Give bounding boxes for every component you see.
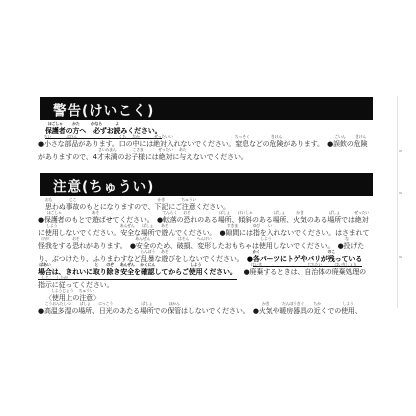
- ruby-segment: 絶対ぜったい: [159, 151, 173, 164]
- ruby-segment: 絶対ぜったい: [355, 214, 369, 227]
- furigana: じこ: [69, 198, 76, 202]
- ruby-segment: 日光にっこう: [99, 305, 113, 318]
- ruby-segment: 窒息ちっそく: [235, 138, 249, 151]
- furigana: へんけい: [197, 237, 212, 241]
- text-segment: するときは、: [263, 266, 304, 279]
- text-segment: の: [325, 266, 332, 279]
- text-segment: の: [72, 292, 79, 305]
- ruby-segment: 場所ばしょ: [140, 305, 154, 318]
- ruby-segment: 遊あそ: [92, 214, 99, 227]
- ruby-segment: 廃棄はいき: [250, 266, 264, 279]
- text-line: ●高温多湿こうおんたしつの場所ばしょ、日光にっこうのあたる場所ばしょでの保管ほか…: [38, 305, 378, 318]
- furigana: だんぼうきぐ: [282, 302, 304, 306]
- text-segment: ●: [237, 266, 250, 279]
- furigana: すきま: [227, 224, 238, 228]
- furigana: ばしょ: [142, 224, 153, 228]
- furigana: ぜったいい: [154, 135, 172, 139]
- furigana: しようじょう: [51, 289, 73, 293]
- ruby-segment: 自治体じちたい: [304, 266, 325, 279]
- ruby-segment: 危険きけん: [270, 138, 284, 151]
- furigana: しよう: [342, 302, 353, 306]
- furigana: しよう: [46, 224, 57, 228]
- caution-section: 注意(ちゅうい) 思おもわぬ事故じこのもとになりますので、下記かきにご注意ちゅう…: [38, 173, 378, 318]
- ruby-segment: 隙間すきま: [225, 227, 239, 240]
- text-segment: があります。 ●: [283, 138, 333, 151]
- text-segment: の: [347, 138, 354, 151]
- furigana: ばしょ: [219, 211, 230, 215]
- furigana: ごいん: [334, 135, 345, 139]
- text-segment: のあたる: [113, 305, 140, 318]
- ruby-segment: 高温多湿こうおんたしつ: [44, 305, 71, 318]
- warning-body: 保護者ほごしゃの方かたへ 必かならずお読よみください。●小ちいさな部品ぶひんがあ…: [38, 125, 378, 164]
- text-segment: へ: [79, 125, 93, 139]
- ruby-segment: 恐おそ: [183, 214, 190, 227]
- furigana: い: [268, 224, 272, 228]
- text-segment: の: [307, 305, 314, 318]
- furigana: こうおんたしつ: [45, 302, 71, 306]
- ruby-segment: 誤飲ごいん: [333, 138, 347, 151]
- ruby-segment: 恐おそ: [72, 240, 79, 253]
- text-segment: のもとで: [65, 214, 92, 227]
- text-segment: の: [71, 305, 78, 318]
- furigana: はいき: [251, 263, 262, 267]
- furigana: あんぜん: [135, 237, 150, 241]
- text-segment: のもとになりますので、: [79, 201, 154, 214]
- furigana: ちゅうい: [79, 289, 94, 293]
- furigana: ほごしゃ: [48, 122, 63, 126]
- ruby-segment: 部品ぶひん: [65, 138, 79, 151]
- furigana: ばしょ: [274, 211, 285, 215]
- furigana: ぜったい: [354, 211, 369, 215]
- ruby-segment: 安全あんぜん: [120, 227, 134, 240]
- furigana: てんらく: [162, 211, 177, 215]
- text-segment: には: [239, 227, 253, 240]
- furigana: ぶひん: [66, 135, 77, 139]
- ruby-segment: 取と: [93, 266, 100, 280]
- scan-artifact: [399, 192, 402, 194]
- scan-artifact: [399, 256, 402, 258]
- text-segment: げた: [350, 240, 364, 253]
- ruby-segment: 廃棄処理はいきしょり: [332, 266, 359, 279]
- text-segment: き: [113, 266, 120, 280]
- ruby-segment: 事故じこ: [66, 201, 80, 214]
- furigana: あんぜん: [120, 263, 135, 267]
- warning-header-bar: 警告(けいこく): [40, 97, 373, 120]
- ruby-segment: 才未満さいみまん: [97, 151, 118, 164]
- furigana: かき: [262, 302, 269, 306]
- text-segment: してからご: [155, 266, 189, 280]
- text-segment: ください。: [202, 266, 236, 280]
- furigana: ほごしゃ: [47, 211, 62, 215]
- furigana: しじ: [41, 276, 48, 280]
- ruby-segment: 確認かくにん: [141, 266, 155, 280]
- furigana: ばあい: [39, 263, 50, 267]
- text-segment: での: [154, 305, 168, 318]
- ruby-segment: 除のぞ: [107, 266, 114, 280]
- text-segment: では: [341, 214, 355, 227]
- furigana: きけん: [271, 135, 282, 139]
- text-segment: 、: [286, 214, 293, 227]
- text-segment: を: [134, 266, 141, 280]
- text-line: がありますので、4才未満さいみまんのお子様こさまには絶対ぜったいに与あたえないで…: [38, 151, 378, 164]
- furigana: けが: [41, 237, 48, 241]
- ruby-segment: 暖房器具だんぼうきぐ: [279, 305, 306, 318]
- ruby-segment: 指ゆび: [253, 227, 260, 240]
- text-segment: などの: [249, 138, 270, 151]
- scan-edge-line: [397, 96, 398, 308]
- text-segment: びをしないでください。: [168, 253, 247, 266]
- furigana: きけん: [355, 135, 366, 139]
- ruby-segment: 使用しよう: [189, 266, 203, 280]
- ruby-segment: 与あた: [179, 151, 186, 164]
- furigana: あんぜん: [120, 224, 135, 228]
- ruby-segment: 遊あそ: [161, 227, 168, 240]
- ruby-segment: 場所ばしょ: [327, 214, 341, 227]
- furigana: と: [94, 263, 98, 267]
- ruby-segment: 怪我けが: [38, 240, 52, 253]
- text-segment: な: [154, 253, 161, 266]
- ruby-segment: 使用しよう: [341, 305, 355, 318]
- ruby-segment: 場所ばしょ: [273, 214, 287, 227]
- furigana: かくにん: [140, 263, 155, 267]
- text-segment: さな: [51, 138, 65, 151]
- furigana: ばしょ: [141, 302, 152, 306]
- ruby-segment: 危険きけん: [354, 138, 368, 151]
- text-segment: はしないでください。 ●: [181, 305, 259, 318]
- furigana: かき: [158, 198, 165, 202]
- furigana: しよう: [260, 237, 271, 241]
- furigana: ちゅうい: [181, 198, 196, 202]
- warning-section: 警告(けいこく) 保護者ほごしゃの方かたへ 必かならずお読よみください。●小ちい…: [38, 97, 378, 164]
- text-segment: や: [273, 305, 280, 318]
- ruby-segment: 火気かき: [259, 305, 273, 318]
- text-segment: で: [154, 227, 161, 240]
- furigana: こさま: [133, 148, 144, 152]
- text-line: 思おもわぬ事故じこのもとになりますので、下記かきにご注意ちゅういください。: [38, 201, 378, 214]
- text-segment: のお: [118, 151, 132, 164]
- safety-label-page: 警告(けいこく) 保護者ほごしゃの方かたへ 必かならずお読よみください。●小ちい…: [0, 0, 416, 416]
- furigana: ばしょ: [80, 302, 91, 306]
- ruby-segment: 傾斜けいしゃ: [238, 214, 252, 227]
- furigana: さいみまん: [98, 148, 117, 152]
- warning-title: 警告(けいこく): [53, 98, 154, 119]
- furigana: らんぼう: [140, 250, 155, 254]
- ruby-segment: 子様こさま: [131, 151, 145, 164]
- furigana: ばしょ: [329, 211, 340, 215]
- ruby-segment: 破損はそん: [177, 240, 191, 253]
- text-segment: り: [100, 266, 107, 280]
- text-segment: 、: [92, 305, 99, 318]
- label-content: 警告(けいこく) 保護者ほごしゃの方かたへ 必かならずお読よみください。●小ちい…: [38, 97, 378, 318]
- ruby-segment: 変形へんけい: [197, 240, 211, 253]
- text-segment: れないでください。はさまれて: [273, 227, 369, 240]
- caution-body: 思おもわぬ事故じこのもとになりますので、下記かきにご注意ちゅういください。●保護…: [38, 201, 378, 318]
- text-line: 場合ばあいは、きれいに取とり除のぞき安全あんぜんを確認かくにんしてからご使用しよ…: [38, 266, 378, 279]
- text-segment: ずお: [100, 125, 114, 139]
- furigana: かき: [296, 211, 303, 215]
- text-segment: えないでください。: [186, 151, 248, 164]
- furigana: にっこう: [98, 302, 113, 306]
- text-segment: くでの: [321, 305, 342, 318]
- ruby-segment: 火気かき: [293, 214, 307, 227]
- furigana: けいしゃ: [238, 211, 253, 215]
- text-line: ●小ちいさな部品ぶひんがあります。口くちの中なかには絶対入ぜったいいれないでくだ…: [38, 138, 378, 151]
- furigana: ほかん: [169, 302, 180, 306]
- furigana: じちたい: [307, 263, 322, 267]
- furigana: ちっそく: [235, 135, 250, 139]
- scan-artifact: [399, 150, 402, 152]
- furigana: よ: [115, 122, 119, 126]
- text-segment: がありますので、4: [38, 151, 97, 164]
- ruby-segment: 近ちか: [314, 305, 321, 318]
- caution-header-bar: 注意(ちゅうい): [40, 173, 373, 196]
- text-segment: には: [145, 151, 159, 164]
- furigana: はそん: [178, 237, 189, 241]
- text-line: 保護者ほごしゃの方かたへ 必かならずお読よみください。: [38, 125, 378, 138]
- text-segment: れがあります。 ●: [79, 240, 136, 253]
- text-segment: しないでください。: [59, 227, 121, 240]
- furigana: しよう: [190, 263, 201, 267]
- text-segment: の: [359, 266, 366, 279]
- text-segment: の: [126, 138, 133, 151]
- ruby-segment: 指示しじ: [38, 279, 52, 292]
- ruby-segment: 安全あんぜん: [120, 266, 134, 280]
- ruby-segment: 場所ばしょ: [78, 305, 92, 318]
- ruby-segment: 必かなら: [93, 125, 100, 139]
- ruby-segment: 保管ほかん: [167, 305, 181, 318]
- text-segment: をする: [52, 240, 73, 253]
- text-segment: 、: [355, 305, 362, 318]
- furigana: はいきしょり: [334, 263, 356, 267]
- ruby-segment: 小ちい: [44, 138, 51, 151]
- ruby-segment: 口くち: [119, 138, 126, 151]
- text-segment: のある: [307, 214, 328, 227]
- text-segment: の: [177, 214, 184, 227]
- caution-title: 注意(ちゅうい): [53, 174, 154, 195]
- ruby-segment: 使用しよう: [259, 240, 273, 253]
- text-segment: 、: [190, 240, 197, 253]
- text-line: り、ぶつけたり、ふりまわすなど乱暴らんぼうな遊あそびをしないでください。 ●各か…: [38, 253, 378, 266]
- furigana: ぜったい: [158, 148, 173, 152]
- text-segment: れのある: [190, 214, 217, 227]
- text-line: ●保護者ほごしゃのもとで遊あそばせてください。 ●転落てんらくの恐おそれのある場…: [38, 214, 378, 227]
- ruby-segment: 投な: [344, 240, 351, 253]
- text-segment: に: [172, 151, 179, 164]
- ruby-segment: 遊あそ: [161, 253, 168, 266]
- furigana: な: [345, 237, 349, 241]
